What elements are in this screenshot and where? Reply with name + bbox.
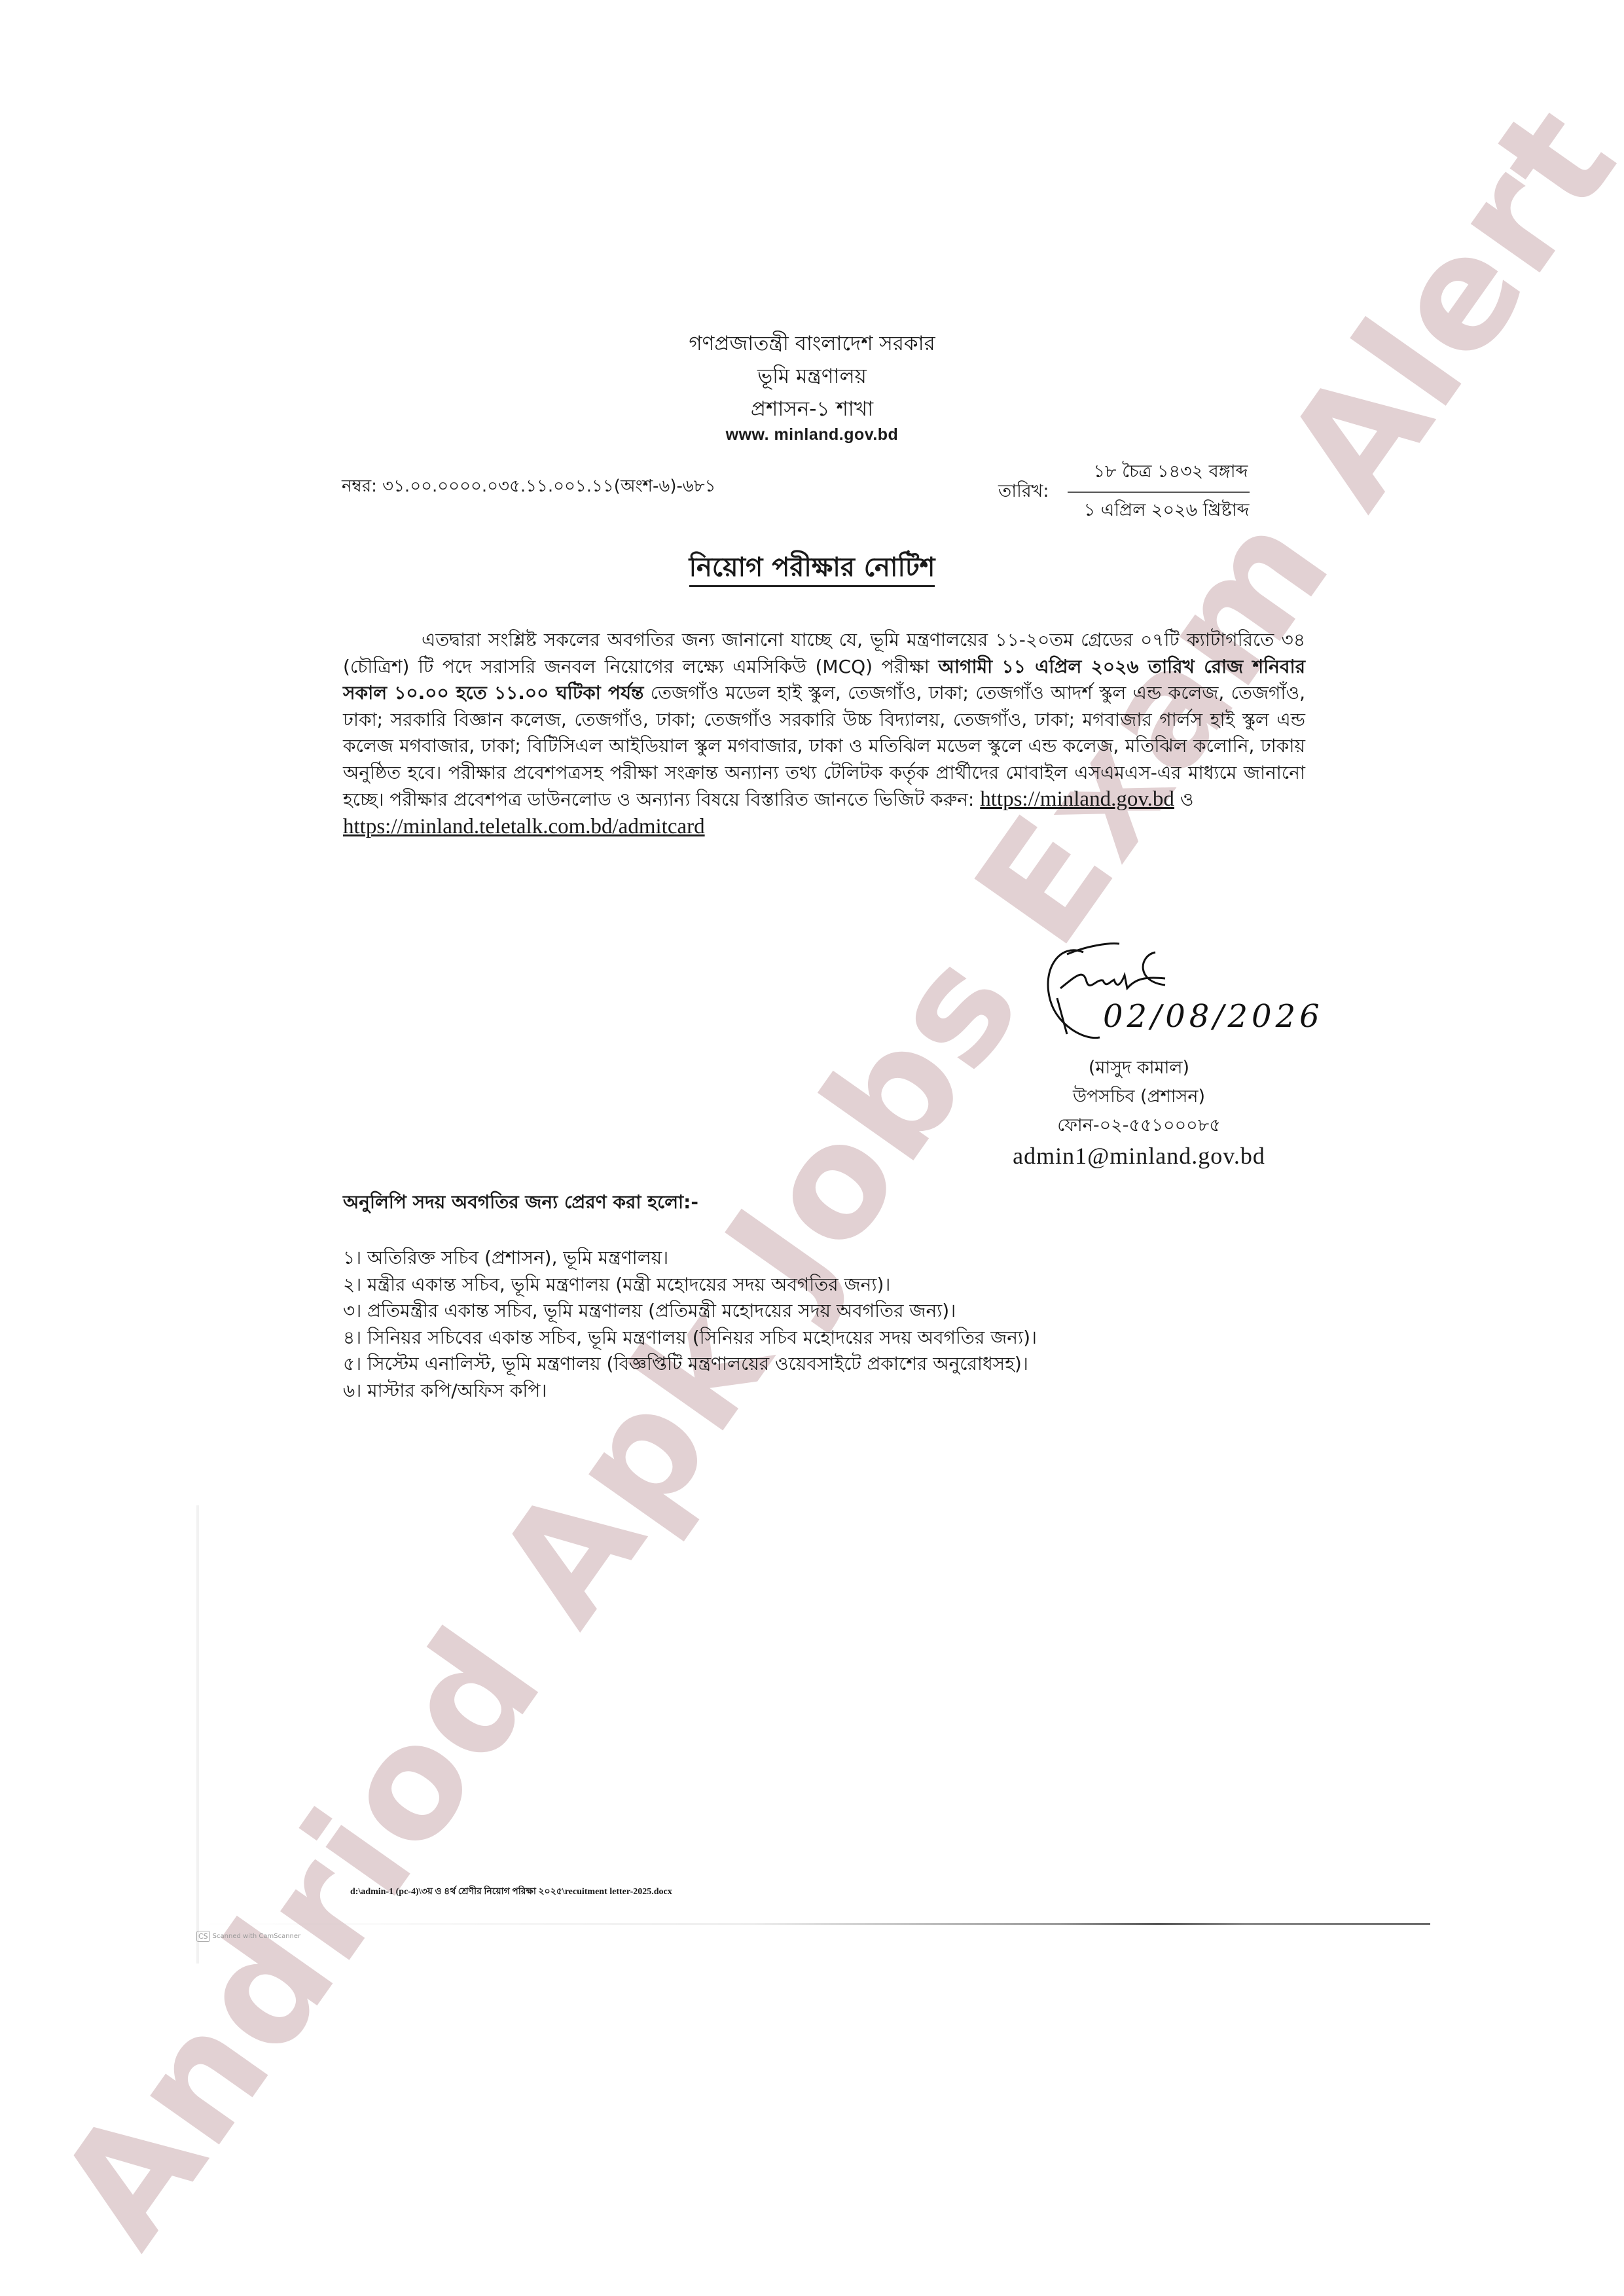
ministry-name: ভূমি মন্ত্রণালয় [0,360,1624,393]
minland-link[interactable]: https://minland.gov.bd [980,787,1174,811]
footer-rule [196,1923,1430,1925]
signatory-phone: ফোন-০২-৫৫১০০০৮৫ [969,1111,1309,1140]
handwritten-signature: 02/08/2026 [969,916,1309,1054]
signature-block: 02/08/2026 (মাসুদ কামাল) উপসচিব (প্রশাসন… [969,916,1309,1172]
copy-item: ২। মন্ত্রীর একান্ত সচিব, ভূমি মন্ত্রণালয… [343,1272,1037,1299]
scanner-text: Scanned with CamScanner [213,1933,301,1940]
copies-section: অনুলিপি সদয় অবগতির জন্য প্রেরণ করা হলো:… [343,1188,1037,1404]
copy-item: ৫। সিস্টেম এনালিস্ট, ভূমি মন্ত্রণালয় (ব… [343,1351,1037,1378]
memo-number: নম্বর: ৩১.০০.০০০০.০৩৫.১১.০০১.১১(অংশ-৬)-৬… [342,473,716,501]
date-label: তারিখ: [998,478,1049,507]
copies-title: অনুলিপি সদয় অবগতির জন্য প্রেরণ করা হলো:… [343,1188,1037,1219]
bangla-date: ১৮ চৈত্র ১৪৩২ বঙ্গাব্দ [1068,458,1250,493]
copy-item: ৩। প্রতিমন্ত্রীর একান্ত সচিব, ভূমি মন্ত্… [343,1298,1037,1325]
signature-date: 02/08/2026 [1103,998,1324,1035]
copy-item: ৪। সিনিয়র সচিবের একান্ত সচিব, ভূমি মন্ত… [343,1325,1037,1352]
website-url[interactable]: www. minland.gov.bd [0,425,1624,444]
admit-card-link[interactable]: https://minland.teletalk.com.bd/admitcar… [343,815,705,838]
notice-page: গণপ্রজাতন্ত্রী বাংলাদেশ সরকার ভূমি মন্ত্… [0,0,1624,2296]
date-block: তারিখ: ১৮ চৈত্র ১৪৩২ বঙ্গাব্দ ১ এপ্রিল ২… [998,458,1250,526]
signatory-name: (মাসুদ কামাল) [969,1054,1309,1083]
copy-item: ৬। মাস্টার কপি/অফিস কপি। [343,1378,1037,1405]
letterhead: গণপ্রজাতন্ত্রী বাংলাদেশ সরকার ভূমি মন্ত্… [0,327,1624,444]
camscanner-icon: CS [196,1931,210,1942]
gregorian-date: ১ এপ্রিল ২০২৬ খ্রিষ্টাব্দ [1084,493,1250,526]
government-name: গণপ্রজাতন্ত্রী বাংলাদেশ সরকার [0,327,1624,360]
signatory-email[interactable]: admin1@minland.gov.bd [969,1140,1309,1172]
branch-name: প্রশাসন-১ শাখা [0,393,1624,425]
signatory-designation: উপসচিব (প্রশাসন) [969,1083,1309,1111]
file-path: d:\admin-1 (pc-4)\৩য় ও ৪র্থ শ্রেণীর নিয… [350,1884,672,1899]
scan-shadow [196,1505,199,1964]
notice-title: নিয়োগ পরীক্ষার নোটিশ [0,547,1624,590]
scanner-watermark: CS Scanned with CamScanner [196,1931,300,1942]
notice-body: এতদ্বারা সংশ্লিষ্ট সকলের অবগতির জন্য জান… [343,627,1305,840]
copy-item: ১। অতিরিক্ত সচিব (প্রশাসন), ভূমি মন্ত্রণ… [343,1245,1037,1272]
